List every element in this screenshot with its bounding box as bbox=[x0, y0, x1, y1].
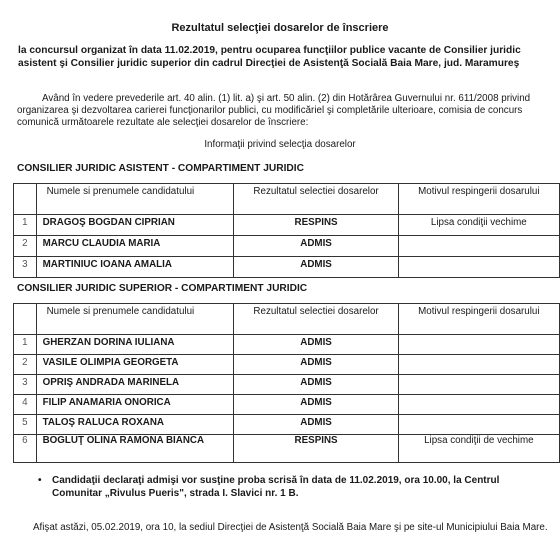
section-heading-asistent: CONSILIER JURIDIC ASISTENT - COMPARTIMEN… bbox=[17, 163, 304, 174]
selection-result: ADMIS bbox=[234, 355, 398, 375]
header-nr bbox=[14, 184, 37, 215]
row-number: 2 bbox=[14, 236, 37, 257]
row-number: 1 bbox=[14, 215, 37, 236]
table-row: 1DRAGOŞ BOGDAN CIPRIANRESPINSLipsa condi… bbox=[14, 215, 560, 236]
rejection-reason bbox=[398, 335, 559, 355]
rejection-reason bbox=[398, 395, 559, 415]
header-result: Rezultatul selectiei dosarelor bbox=[234, 304, 398, 335]
rejection-reason bbox=[398, 355, 559, 375]
row-number: 4 bbox=[14, 395, 37, 415]
selection-result: ADMIS bbox=[234, 375, 398, 395]
table-row: 4FILIP ANAMARIA ONORICAADMIS bbox=[14, 395, 560, 415]
selection-result: ADMIS bbox=[234, 335, 398, 355]
selection-result: ADMIS bbox=[234, 395, 398, 415]
table-header-row: Numele si prenumele candidatului Rezulta… bbox=[14, 184, 560, 215]
header-name: Numele si prenumele candidatului bbox=[36, 304, 234, 335]
table-header-row: Numele si prenumele candidatului Rezulta… bbox=[14, 304, 560, 335]
candidate-name: MARCU CLAUDIA MARIA bbox=[36, 236, 234, 257]
rejection-reason bbox=[398, 375, 559, 395]
bullet-note-text: Candidaţii declaraţi admişi vor susţine … bbox=[52, 475, 538, 500]
header-result: Rezultatul selectiei dosarelor bbox=[234, 184, 398, 215]
candidate-name: GHERZAN DORINA IULIANA bbox=[36, 335, 234, 355]
header-reason: Motivul respingerii dosarului bbox=[398, 304, 559, 335]
section-heading-superior: CONSILIER JURIDIC SUPERIOR - COMPARTIMEN… bbox=[17, 283, 307, 294]
table-body-asistent: 1DRAGOŞ BOGDAN CIPRIANRESPINSLipsa condi… bbox=[14, 215, 560, 278]
document-title: Rezultatul selecţiei dosarelor de înscri… bbox=[0, 22, 560, 34]
table-row: 2MARCU CLAUDIA MARIAADMIS bbox=[14, 236, 560, 257]
header-reason: Motivul respingerii dosarului bbox=[398, 184, 559, 215]
row-number: 3 bbox=[14, 375, 37, 395]
info-heading: Informaţii privind selecţia dosarelor bbox=[0, 139, 560, 150]
table-row: 2VASILE OLIMPIA GEORGETAADMIS bbox=[14, 355, 560, 375]
posting-notice: Afişat astăzi, 05.02.2019, ora 10, la se… bbox=[13, 521, 548, 535]
rejection-reason bbox=[398, 236, 559, 257]
table-row: 6BOGLUŢ OLINA RAMONA BIANCARESPINSLipsa … bbox=[14, 435, 560, 463]
row-number: 5 bbox=[14, 415, 37, 435]
selection-result: ADMIS bbox=[234, 236, 398, 257]
row-number: 2 bbox=[14, 355, 37, 375]
rejection-reason bbox=[398, 415, 559, 435]
table-row: 1GHERZAN DORINA IULIANAADMIS bbox=[14, 335, 560, 355]
selection-result: RESPINS bbox=[234, 435, 398, 463]
row-number: 1 bbox=[14, 335, 37, 355]
table-row: 3OPRIŞ ANDRADA MARINELAADMIS bbox=[14, 375, 560, 395]
table-body-superior: 1GHERZAN DORINA IULIANAADMIS2VASILE OLIM… bbox=[14, 335, 560, 463]
candidate-name: BOGLUŢ OLINA RAMONA BIANCA bbox=[36, 435, 234, 463]
candidate-name: OPRIŞ ANDRADA MARINELA bbox=[36, 375, 234, 395]
results-table-asistent: Numele si prenumele candidatului Rezulta… bbox=[13, 183, 560, 278]
selection-result: ADMIS bbox=[234, 415, 398, 435]
selection-result: ADMIS bbox=[234, 257, 398, 278]
intro-paragraph: Având în vedere prevederile art. 40 alin… bbox=[17, 93, 547, 129]
row-number: 3 bbox=[14, 257, 37, 278]
row-number: 6 bbox=[14, 435, 37, 463]
candidate-name: FILIP ANAMARIA ONORICA bbox=[36, 395, 234, 415]
rejection-reason: Lipsa condiţii de vechime bbox=[398, 435, 559, 463]
candidate-name: TALOŞ RALUCA ROXANA bbox=[36, 415, 234, 435]
document-subtitle: la concursul organizat în data 11.02.201… bbox=[18, 45, 548, 70]
table-row: 3MARTINIUC IOANA AMALIAADMIS bbox=[14, 257, 560, 278]
candidate-name: VASILE OLIMPIA GEORGETA bbox=[36, 355, 234, 375]
candidate-name: MARTINIUC IOANA AMALIA bbox=[36, 257, 234, 278]
rejection-reason bbox=[398, 257, 559, 278]
header-name: Numele si prenumele candidatului bbox=[36, 184, 234, 215]
rejection-reason: Lipsa condiţii vechime bbox=[398, 215, 559, 236]
header-nr bbox=[14, 304, 37, 335]
selection-result: RESPINS bbox=[234, 215, 398, 236]
table-row: 5TALOŞ RALUCA ROXANAADMIS bbox=[14, 415, 560, 435]
candidate-name: DRAGOŞ BOGDAN CIPRIAN bbox=[36, 215, 234, 236]
bullet-note: • Candidaţii declaraţi admişi vor susţin… bbox=[38, 475, 538, 500]
results-table-superior: Numele si prenumele candidatului Rezulta… bbox=[13, 303, 560, 463]
bullet-icon: • bbox=[38, 475, 42, 488]
